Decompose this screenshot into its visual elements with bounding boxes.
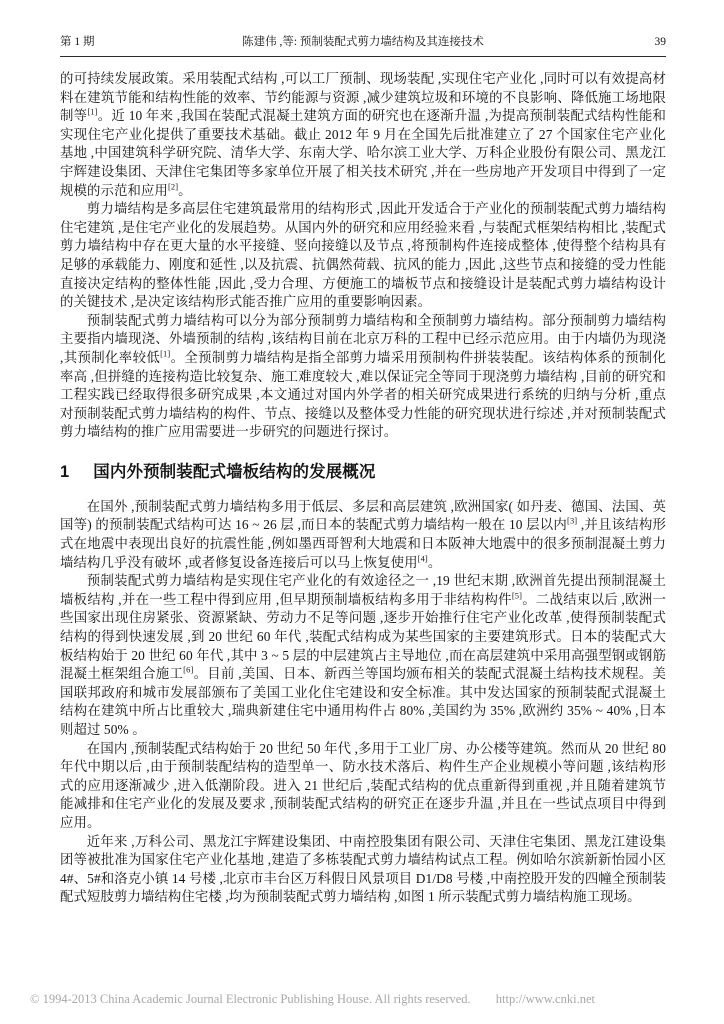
paper-page: 第 1 期 陈建伟 ,等: 预制装配式剪力墙结构及其连接技术 39 的可持续发展… (0, 0, 724, 1024)
citation-ref: [2] (168, 181, 178, 191)
citation-ref: [1] (87, 107, 97, 117)
section-title: 国内外预制装配式墙板结构的发展概况 (93, 463, 375, 481)
citation-ref: [1] (160, 348, 170, 358)
issue-label: 第 1 期 (60, 35, 130, 49)
page-number: 39 (596, 35, 666, 49)
paragraph: 的可持续发展政策。采用装配式结构 ,可以工厂预制、现场装配 ,实现住宅产业化 ,… (60, 70, 666, 200)
paragraph: 在国外 ,预制装配式剪力墙结构多用于低层、多层和高层建筑 ,欧洲国家( 如丹麦、… (60, 498, 666, 572)
page-content: 第 1 期 陈建伟 ,等: 预制装配式剪力墙结构及其连接技术 39 的可持续发展… (60, 0, 666, 907)
copyright-notice: © 1994-2013 China Academic Journal Elect… (30, 992, 471, 1006)
section-heading: 1国内外预制装配式墙板结构的发展概况 (60, 461, 666, 483)
page-body: 的可持续发展政策。采用装配式结构 ,可以工厂预制、现场装配 ,实现住宅产业化 ,… (60, 70, 666, 907)
cnki-url: http://www.cnki.net (496, 992, 595, 1006)
running-header: 第 1 期 陈建伟 ,等: 预制装配式剪力墙结构及其连接技术 39 (60, 35, 666, 57)
paragraph: 近年来 ,万科公司、黑龙江宇辉建设集团、中南控股集团有限公司、天津住宅集团、黑龙… (60, 833, 666, 907)
running-title: 陈建伟 ,等: 预制装配式剪力墙结构及其连接技术 (130, 35, 596, 49)
cnki-footer: © 1994-2013 China Academic Journal Elect… (30, 992, 694, 1007)
citation-ref: [6] (183, 665, 193, 675)
citation-ref: [5] (512, 590, 522, 600)
citation-ref: [3] (567, 516, 577, 526)
paragraph: 预制装配式剪力墙结构可以分为部分预制剪力墙结构和全预制剪力墙结构。部分预制剪力墙… (60, 312, 666, 442)
citation-ref: [4] (418, 553, 428, 563)
paragraph: 预制装配式剪力墙结构是实现住宅产业化的有效途径之一 ,19 世纪末期 ,欧洲首先… (60, 572, 666, 739)
section-number: 1 (60, 463, 69, 481)
paragraph: 剪力墙结构是多高层住宅建筑最常用的结构形式 ,因此开发适合于产业化的预制装配式剪… (60, 200, 666, 312)
paragraph: 在国内 ,预制装配式结构始于 20 世纪 50 年代 ,多用于工业厂房、办公楼等… (60, 740, 666, 833)
